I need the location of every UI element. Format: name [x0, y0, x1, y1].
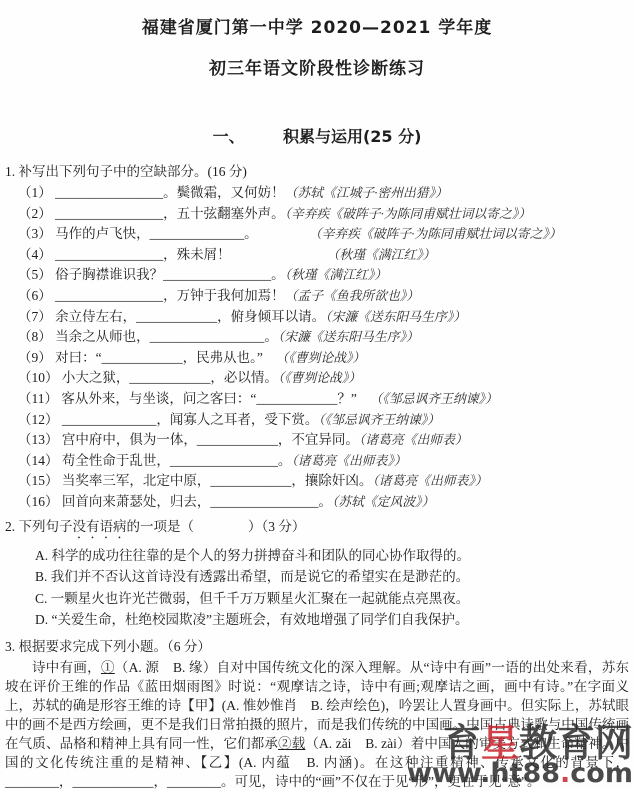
item-text: 苟全性命于乱世，________________。	[62, 453, 292, 468]
item-text: 余立侍左右，____________，俯身倾耳以请。	[55, 309, 325, 324]
q2-option-list: A. 科学的成功往往靠的是个人的努力拼搏奋斗和团队的同心协作取得的。B. 我们并…	[0, 545, 634, 631]
q2-option: A. 科学的成功往往靠的是个人的努力拼搏奋斗和团队的同心协作取得的。	[0, 545, 634, 567]
watermark: 育星教育网 www.ht88.com	[407, 724, 633, 787]
item-text: 回首向来萧瑟处，归去，________________。	[62, 494, 332, 509]
item-text: 马作的卢飞快，______________。	[55, 226, 258, 241]
q1-item: （3）马作的卢飞快，______________。（辛弃疾《破阵子·为陈同甫赋壮…	[0, 224, 634, 245]
section-title: 积累与运用(25 分)	[283, 127, 421, 146]
watermark-url-part: com	[570, 758, 633, 789]
item-number: （5）	[18, 267, 52, 282]
q2-stem: 2. 下列句子没有语病的一项是（ ）（3 分）	[5, 516, 634, 542]
q1-item: （5）俗子胸襟谁识我？________________。（秋瑾《满江红》）	[0, 265, 634, 286]
watermark-url: www.ht88.com	[407, 760, 633, 787]
q2-option: B. 我们并不否认这首诗没有透露出希望，而是说它的希望实在是渺茫的。	[0, 566, 634, 588]
item-source: （《曹刿论战》）	[278, 371, 361, 385]
item-text: 对曰：“____________，民弗从也。”	[55, 350, 263, 365]
q1-item: （9）对曰：“____________，民弗从也。”（《曹刿论战》）	[0, 348, 634, 369]
q1-item: （10）小大之狱，____________，必以情。（《曹刿论战》）	[0, 368, 634, 389]
q2-option: C. 一颗星火也许光芒微弱，但千千万万颗星火汇聚在一起就能点亮黑夜。	[0, 588, 634, 610]
item-source: （《邹忌讽齐王纳谏》）	[370, 392, 498, 406]
item-source: （苏轼《定风波》）	[332, 495, 434, 509]
section-number: 一、	[213, 127, 245, 146]
item-text: 客从外来，与坐谈，问之客曰：“____________？”	[61, 391, 356, 406]
item-source: （辛弃疾《破阵子·为陈同甫赋壮词以寄之》）	[315, 227, 561, 241]
item-source: （诸葛亮《出师表》）	[372, 474, 487, 488]
item-number: （8）	[18, 329, 52, 344]
item-source: （秋瑾《满江红》）	[327, 248, 436, 262]
q1-item: （2）________________，五十弦翻塞外声。（辛弃疾《破阵子·为陈同…	[0, 204, 634, 225]
item-source: （《曹刿论战》）	[276, 351, 366, 365]
passage-segment: ①	[101, 660, 115, 675]
exam-title-line2: 初三年语文阶段性诊断练习	[0, 58, 634, 80]
item-source: （苏轼《江城子·密州出猎》）	[285, 186, 448, 200]
passage-segment: 诗中有画，	[32, 660, 101, 675]
exam-paper-page: 福建省厦门第一中学 2020—2021 学年度 初三年语文阶段性诊断练习 一、积…	[0, 0, 634, 789]
q2-prefix: 2. 下列句子	[5, 519, 73, 534]
q1-item: （16）回首向来萧瑟处，归去，________________。（苏轼《定风波》…	[0, 492, 634, 513]
watermark-site-name: 育星教育网	[407, 724, 633, 762]
item-number: （4）	[18, 247, 52, 262]
item-source: （诸葛亮《出师表）	[359, 433, 468, 447]
exam-title-line1: 福建省厦门第一中学 2020—2021 学年度	[0, 0, 634, 39]
item-number: （2）	[18, 206, 52, 221]
item-source: （诸葛亮《出师表》）	[291, 454, 406, 468]
item-text: 宫中府中，俱为一体，____________，不宜异同。	[62, 432, 359, 447]
item-number: （1）	[18, 185, 52, 200]
q1-item: （6）________________，万钟于我何加焉！（孟子《鱼我所欲也》）	[0, 286, 634, 307]
q1-item: （1）________________。鬓微霜，又何妨！（苏轼《江城子·密州出猎…	[0, 183, 634, 204]
q1-item: （4）________________，殊未屑！（秋瑾《满江红》）	[0, 245, 634, 266]
item-number: （7）	[18, 309, 52, 324]
item-source: （宋濂《送东阳马生序》）	[325, 310, 466, 324]
q1-item: （15）当奖率三军，北定中原，____________，攘除奸凶。（诸葛亮《出师…	[0, 471, 634, 492]
item-number: （10）	[18, 370, 59, 385]
section-heading: 一、积累与运用(25 分)	[0, 126, 634, 147]
item-text: 当余之从师也，_________________。	[55, 329, 278, 344]
item-number: （14）	[18, 453, 59, 468]
item-text: ________________，殊未屑！	[55, 247, 231, 262]
item-number: （16）	[18, 494, 59, 509]
item-source: （宋濂《送东阳马生序》）	[278, 330, 419, 344]
item-source: （《邹忌讽齐王纳谏》）	[318, 413, 440, 427]
q1-stem: 1. 补写出下列句子中的空缺部分。(16 分)	[5, 162, 634, 182]
item-text: 当奖率三军，北定中原，____________，攘除奸凶。	[62, 473, 373, 488]
passage-segment: ②载	[278, 736, 305, 751]
q1-item: （12）______________，闻寡人之耳者，受下赏。（《邹忌讽齐王纳谏》…	[0, 410, 634, 431]
item-number: （13）	[18, 432, 59, 447]
watermark-url-part: www.ht88	[407, 758, 560, 789]
q1-item: （13）宫中府中，俱为一体，____________，不宜异同。（诸葛亮《出师表…	[0, 430, 634, 451]
q3-stem: 3. 根据要求完成下列小题。（6 分）	[5, 637, 634, 657]
item-text: 小大之狱，____________，必以情。	[62, 370, 278, 385]
q2-option: D. “关爱生命，杜绝校园欺凌”主题班会，有效地增强了同学们自我保护。	[0, 609, 634, 631]
q1-item: （8）当余之从师也，_________________。（宋濂《送东阳马生序》）	[0, 327, 634, 348]
item-source: （秋瑾《满江红》）	[285, 268, 387, 282]
q2-emphasized-text: 没有语病	[73, 519, 127, 534]
item-number: （6）	[18, 288, 52, 303]
q1-item-list: （1）________________。鬓微霜，又何妨！（苏轼《江城子·密州出猎…	[0, 183, 634, 513]
item-number: （11）	[18, 391, 58, 406]
item-text: 俗子胸襟谁识我？________________。	[55, 267, 285, 282]
q2-suffix: 的一项是（ ）（3 分）	[127, 519, 306, 534]
item-number: （15）	[18, 473, 59, 488]
item-source: （孟子《鱼我所欲也》）	[285, 289, 419, 303]
item-text: ______________，闻寡人之耳者，受下赏。	[62, 412, 319, 427]
item-text: ________________，五十弦翻塞外声。	[55, 206, 285, 221]
q1-item: （11）客从外来，与坐谈，问之客曰：“____________？”（《邹忌讽齐王…	[0, 389, 634, 410]
item-source: （辛弃疾《破阵子·为陈同甫赋壮词以寄之》）	[285, 207, 531, 221]
q1-item: （7）余立侍左右，____________，俯身倾耳以请。（宋濂《送东阳马生序》…	[0, 307, 634, 328]
watermark-url-part: .	[560, 758, 570, 789]
item-number: （3）	[18, 226, 52, 241]
item-number: （12）	[18, 412, 59, 427]
item-number: （9）	[18, 350, 52, 365]
q1-item: （14）苟全性命于乱世，________________。（诸葛亮《出师表》）	[0, 451, 634, 472]
item-text: ________________，万钟于我何加焉！	[55, 288, 285, 303]
item-text: ________________。鬓微霜，又何妨！	[55, 185, 285, 200]
